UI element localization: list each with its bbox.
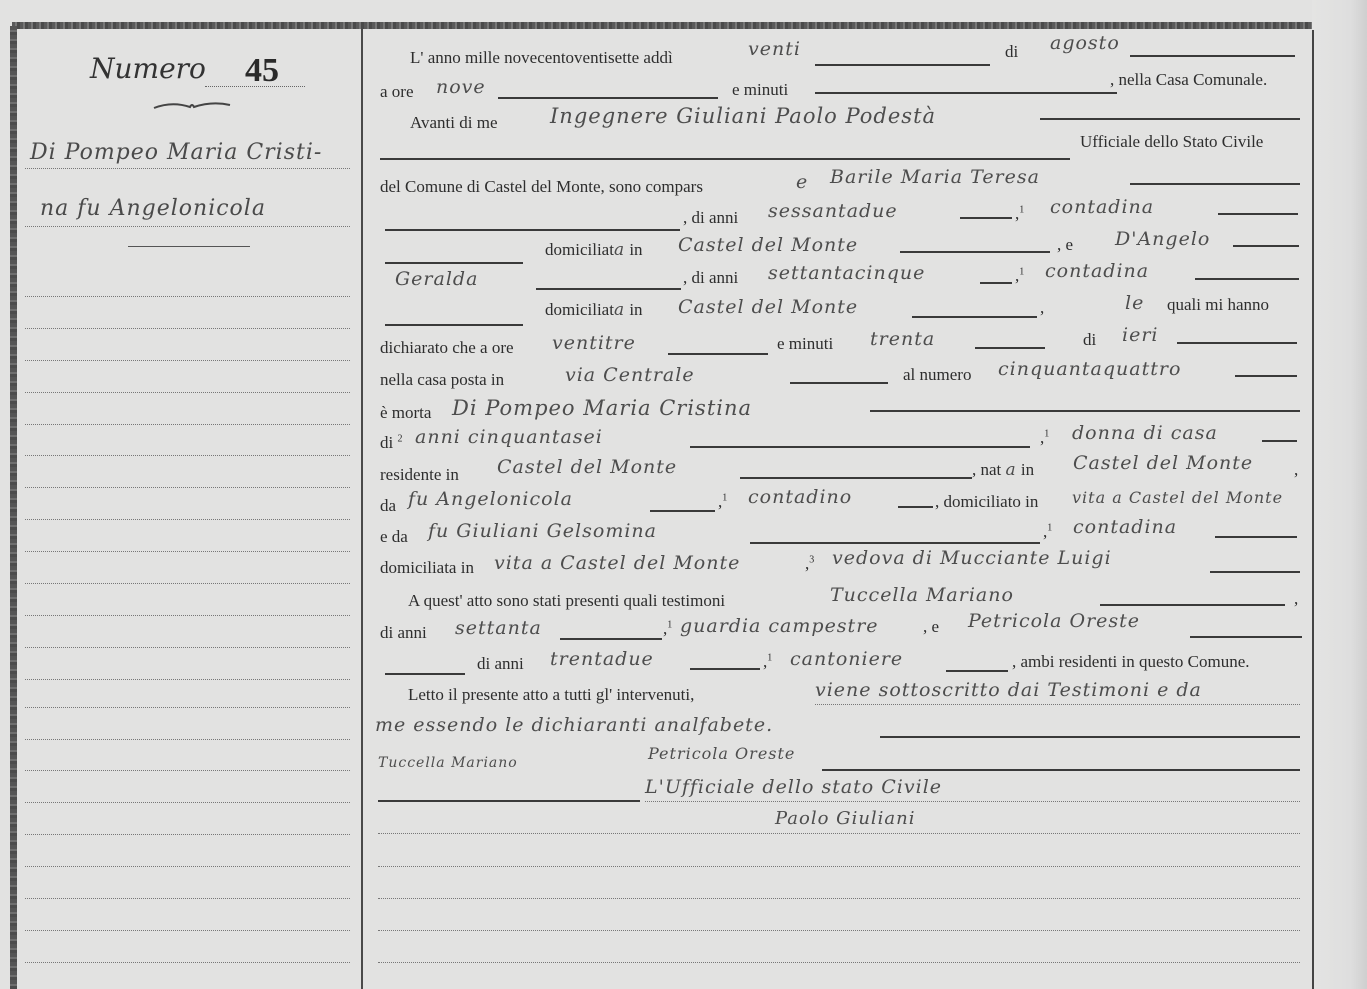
- form-text: del Comune di Castel del Monte, sono com…: [380, 177, 703, 197]
- margin-line: [25, 770, 350, 771]
- footnote-mark: 1: [1019, 204, 1024, 215]
- form-text: domiciliat: [545, 240, 614, 259]
- form-text: , nat: [972, 460, 1001, 479]
- form-text: domiciliata in: [380, 558, 474, 578]
- margin-line: [25, 707, 350, 708]
- top-border: [12, 22, 1312, 29]
- dotted-line: [645, 801, 1300, 802]
- form-text: ,: [1040, 298, 1044, 318]
- field-birthplace: Castel del Monte: [1073, 452, 1253, 474]
- fill-line: [946, 670, 1008, 672]
- field-death-hour: ventitre: [552, 332, 636, 354]
- form-text: di: [1083, 330, 1096, 350]
- form-text: ,1: [1043, 522, 1052, 542]
- fill-line: [740, 477, 972, 479]
- officer-title-handwritten: L'Ufficiale dello stato Civile: [645, 776, 942, 798]
- field-witness-1-occupation: guardia campestre: [680, 615, 879, 637]
- field-age-1: sessantadue: [768, 200, 898, 222]
- form-text: , nat a in: [972, 460, 1034, 480]
- dotted-line: [378, 962, 1300, 963]
- fill-line: [1195, 278, 1299, 280]
- field-hour: nove: [436, 76, 486, 98]
- field-deceased-age: anni cinquantasei: [415, 426, 603, 448]
- field-suffix: e: [796, 171, 808, 193]
- fill-line: [385, 229, 680, 231]
- form-text: dichiarato che a ore: [380, 338, 514, 358]
- field-deceased-occupation: donna di casa: [1072, 422, 1218, 444]
- field-declarant-1: Barile Maria Teresa: [830, 166, 1040, 188]
- fill-line: [880, 736, 1300, 738]
- fill-line: [385, 324, 523, 326]
- form-text: L' anno mille novecentoventisette addì: [410, 48, 673, 68]
- form-text: in: [629, 240, 642, 259]
- field-declarant-2: D'Angelo: [1115, 228, 1210, 250]
- field-father: fu Angelonicola: [408, 488, 573, 510]
- flourish-ornament: [152, 100, 232, 112]
- fill-line: [1177, 342, 1297, 344]
- form-text: ,: [1294, 460, 1298, 480]
- fill-line: [385, 262, 523, 264]
- field-witness-2: Petricola Oreste: [968, 610, 1140, 632]
- form-text: di: [1005, 42, 1018, 62]
- fill-line: [815, 64, 990, 66]
- form-text: , ambi residenti in questo Comune.: [1012, 652, 1250, 672]
- fill-line: [912, 316, 1037, 318]
- fill-line: [536, 288, 681, 290]
- form-text: ,1: [718, 492, 727, 512]
- fill-line: [750, 542, 1040, 544]
- form-text: Ufficiale dello Stato Civile: [1080, 132, 1263, 152]
- form-text: , e: [923, 617, 939, 637]
- field-closing-1: viene sottoscritto dai Testimoni e da: [815, 679, 1202, 701]
- page-edge: [1312, 0, 1367, 989]
- margin-line: [25, 962, 350, 963]
- fill-line: [960, 217, 1012, 219]
- document-page: Numero 45 Di Pompeo Maria Cristi- na fu …: [0, 0, 1367, 989]
- dotted-line: [378, 866, 1300, 867]
- field-mother-domicile: vita a Castel del Monte: [494, 552, 740, 574]
- fill-line: [815, 92, 1117, 94]
- field-suffix: a: [614, 240, 625, 260]
- numero-label: Numero: [90, 52, 206, 85]
- margin-line: [25, 168, 350, 169]
- margin-line: [25, 647, 350, 648]
- margin-line: [25, 679, 350, 680]
- field-domicile-1: Castel del Monte: [678, 234, 858, 256]
- footnote-mark: 1: [722, 492, 727, 503]
- field-civil-status: vedova di Mucciante Luigi: [832, 547, 1112, 569]
- footnote-mark: 1: [1044, 428, 1049, 439]
- form-text: in: [629, 300, 642, 319]
- field-witness-1: Tuccella Mariano: [830, 584, 1014, 606]
- field-le: le: [1125, 292, 1144, 314]
- field-deceased-name: Di Pompeo Maria Cristina: [452, 396, 752, 420]
- margin-line: [25, 551, 350, 552]
- margin-line: [25, 455, 350, 456]
- fill-line: [975, 347, 1045, 349]
- fill-line: [650, 510, 715, 512]
- fill-line: [1100, 604, 1285, 606]
- form-text: ,1: [1015, 204, 1024, 224]
- form-text: Letto il presente atto a tutti gl' inter…: [408, 685, 694, 705]
- form-text: è morta: [380, 403, 431, 423]
- fill-line: [378, 800, 640, 802]
- field-domicile-2: Castel del Monte: [678, 296, 858, 318]
- field-father-occupation: contadino: [748, 486, 852, 508]
- field-death-minutes: trenta: [870, 328, 935, 350]
- fill-line: [1215, 536, 1297, 538]
- field-residence: Castel del Monte: [497, 456, 677, 478]
- dotted-line: [815, 704, 1300, 705]
- fill-line: [1262, 440, 1297, 442]
- form-text: in: [1021, 460, 1034, 479]
- form-text: domiciliata in: [545, 240, 643, 260]
- margin-line: [25, 519, 350, 520]
- signature-witness-2: Petricola Oreste: [648, 744, 795, 763]
- form-text: e minuti: [777, 334, 833, 354]
- footnote-mark: 2: [397, 433, 402, 444]
- margin-line: [25, 615, 350, 616]
- field-witness-1-age: settanta: [455, 617, 542, 639]
- margin-line: [25, 487, 350, 488]
- form-text: nella casa posta in: [380, 370, 504, 390]
- margin-line: [25, 328, 350, 329]
- form-text: da: [380, 496, 396, 516]
- form-text: , nella Casa Comunale.: [1110, 70, 1267, 90]
- fill-line: [870, 410, 1300, 412]
- field-witness-2-age: trentadue: [550, 648, 654, 670]
- footnote-mark: 1: [667, 619, 672, 630]
- fill-line: [1040, 118, 1300, 120]
- form-text: di 2: [380, 433, 402, 453]
- footnote-mark: 1: [1019, 266, 1024, 277]
- fill-line: [668, 353, 768, 355]
- margin-line: [25, 392, 350, 393]
- margin-line: [25, 866, 350, 867]
- signature-witness-1: Tuccella Mariano: [378, 755, 518, 771]
- fill-line: [822, 769, 1300, 771]
- form-text: e minuti: [732, 80, 788, 100]
- form-text: ,: [1294, 589, 1298, 609]
- field-suffix: a: [614, 300, 625, 320]
- form-text: , di anni: [683, 268, 738, 288]
- right-border: [1312, 30, 1314, 989]
- form-text: a ore: [380, 82, 414, 102]
- fill-line: [1190, 636, 1302, 638]
- dotted-line: [378, 833, 1300, 834]
- margin-line: [25, 739, 350, 740]
- form-text: , domiciliato in: [935, 492, 1038, 512]
- form-text: A quest' atto sono stati presenti quali …: [408, 591, 725, 611]
- fill-line: [1210, 571, 1300, 573]
- margin-line: [25, 898, 350, 899]
- fill-line: [898, 506, 933, 508]
- margin-line: [25, 296, 350, 297]
- margin-line: [25, 930, 350, 931]
- margin-rule: [128, 246, 250, 247]
- margin-line: [25, 226, 350, 227]
- dotted-line: [378, 898, 1300, 899]
- field-day: venti: [748, 38, 801, 60]
- field-street: via Centrale: [565, 364, 695, 386]
- form-text: quali mi hanno: [1167, 295, 1269, 315]
- fill-line: [690, 446, 1030, 448]
- form-text: domiciliat: [545, 300, 614, 319]
- field-month: agosto: [1050, 32, 1120, 54]
- form-text: di anni: [477, 654, 524, 674]
- fill-line: [1130, 183, 1300, 185]
- form-text: di: [380, 433, 393, 452]
- form-text: al numero: [903, 365, 971, 385]
- field-death-day: ieri: [1122, 324, 1158, 346]
- signature-officer: Paolo Giuliani: [775, 808, 916, 829]
- field-witness-2-occupation: cantoniere: [790, 648, 903, 670]
- form-text: e da: [380, 527, 408, 547]
- field-officer: Ingegnere Giuliani Paolo Podestà: [550, 104, 936, 128]
- form-text: , di anni: [683, 208, 738, 228]
- fill-line: [980, 282, 1012, 284]
- record-number: 45: [245, 52, 279, 90]
- field-father-domicile: vita a Castel del Monte: [1072, 488, 1283, 507]
- footnote-mark: 1: [767, 652, 772, 663]
- field-suffix: a: [1006, 460, 1017, 480]
- deceased-name-margin-1: Di Pompeo Maria Cristi-: [30, 140, 322, 165]
- margin-line: [25, 424, 350, 425]
- field-occupation-1: contadina: [1050, 196, 1154, 218]
- margin-line: [25, 834, 350, 835]
- footnote-mark: 3: [809, 554, 814, 565]
- numero-underline: [205, 86, 305, 87]
- fill-line: [1233, 245, 1299, 247]
- form-text: ,1: [1015, 266, 1024, 286]
- fill-line: [900, 251, 1050, 253]
- margin-line: [25, 802, 350, 803]
- fill-line: [1130, 55, 1295, 57]
- fill-line: [1235, 375, 1297, 377]
- fill-line: [385, 673, 465, 675]
- field-declarant-2-cont: Geraldа: [395, 268, 478, 290]
- form-text: residente in: [380, 465, 459, 485]
- field-mother: fu Giuliani Gelsomina: [428, 520, 657, 542]
- fill-line: [690, 668, 760, 670]
- fill-line: [380, 158, 1070, 160]
- dotted-line: [378, 930, 1300, 931]
- form-text: , e: [1057, 235, 1073, 255]
- fill-line: [560, 638, 662, 640]
- left-border: [10, 26, 17, 989]
- deceased-name-margin-2: na fu Angelonicola: [40, 196, 266, 221]
- field-occupation-2: contadina: [1045, 260, 1149, 282]
- field-mother-occupation: contadina: [1073, 516, 1177, 538]
- field-house-number: cinquantaquattro: [998, 358, 1181, 380]
- fill-line: [498, 97, 718, 99]
- form-text: ,1: [1040, 428, 1049, 448]
- form-text: domiciliata in: [545, 300, 643, 320]
- form-text: ,1: [663, 619, 672, 639]
- form-text: Avanti di me: [410, 113, 498, 133]
- field-closing-2: me essendo le dichiaranti analfabete.: [375, 714, 773, 736]
- column-divider: [361, 28, 363, 989]
- field-age-2: settantacinque: [768, 262, 925, 284]
- footnote-mark: 1: [1047, 522, 1052, 533]
- form-text: ,1: [763, 652, 772, 672]
- margin-line: [25, 583, 350, 584]
- margin-line: [25, 360, 350, 361]
- fill-line: [790, 382, 888, 384]
- fill-line: [1218, 213, 1298, 215]
- form-text: ,3: [805, 554, 814, 574]
- form-text: di anni: [380, 623, 427, 643]
